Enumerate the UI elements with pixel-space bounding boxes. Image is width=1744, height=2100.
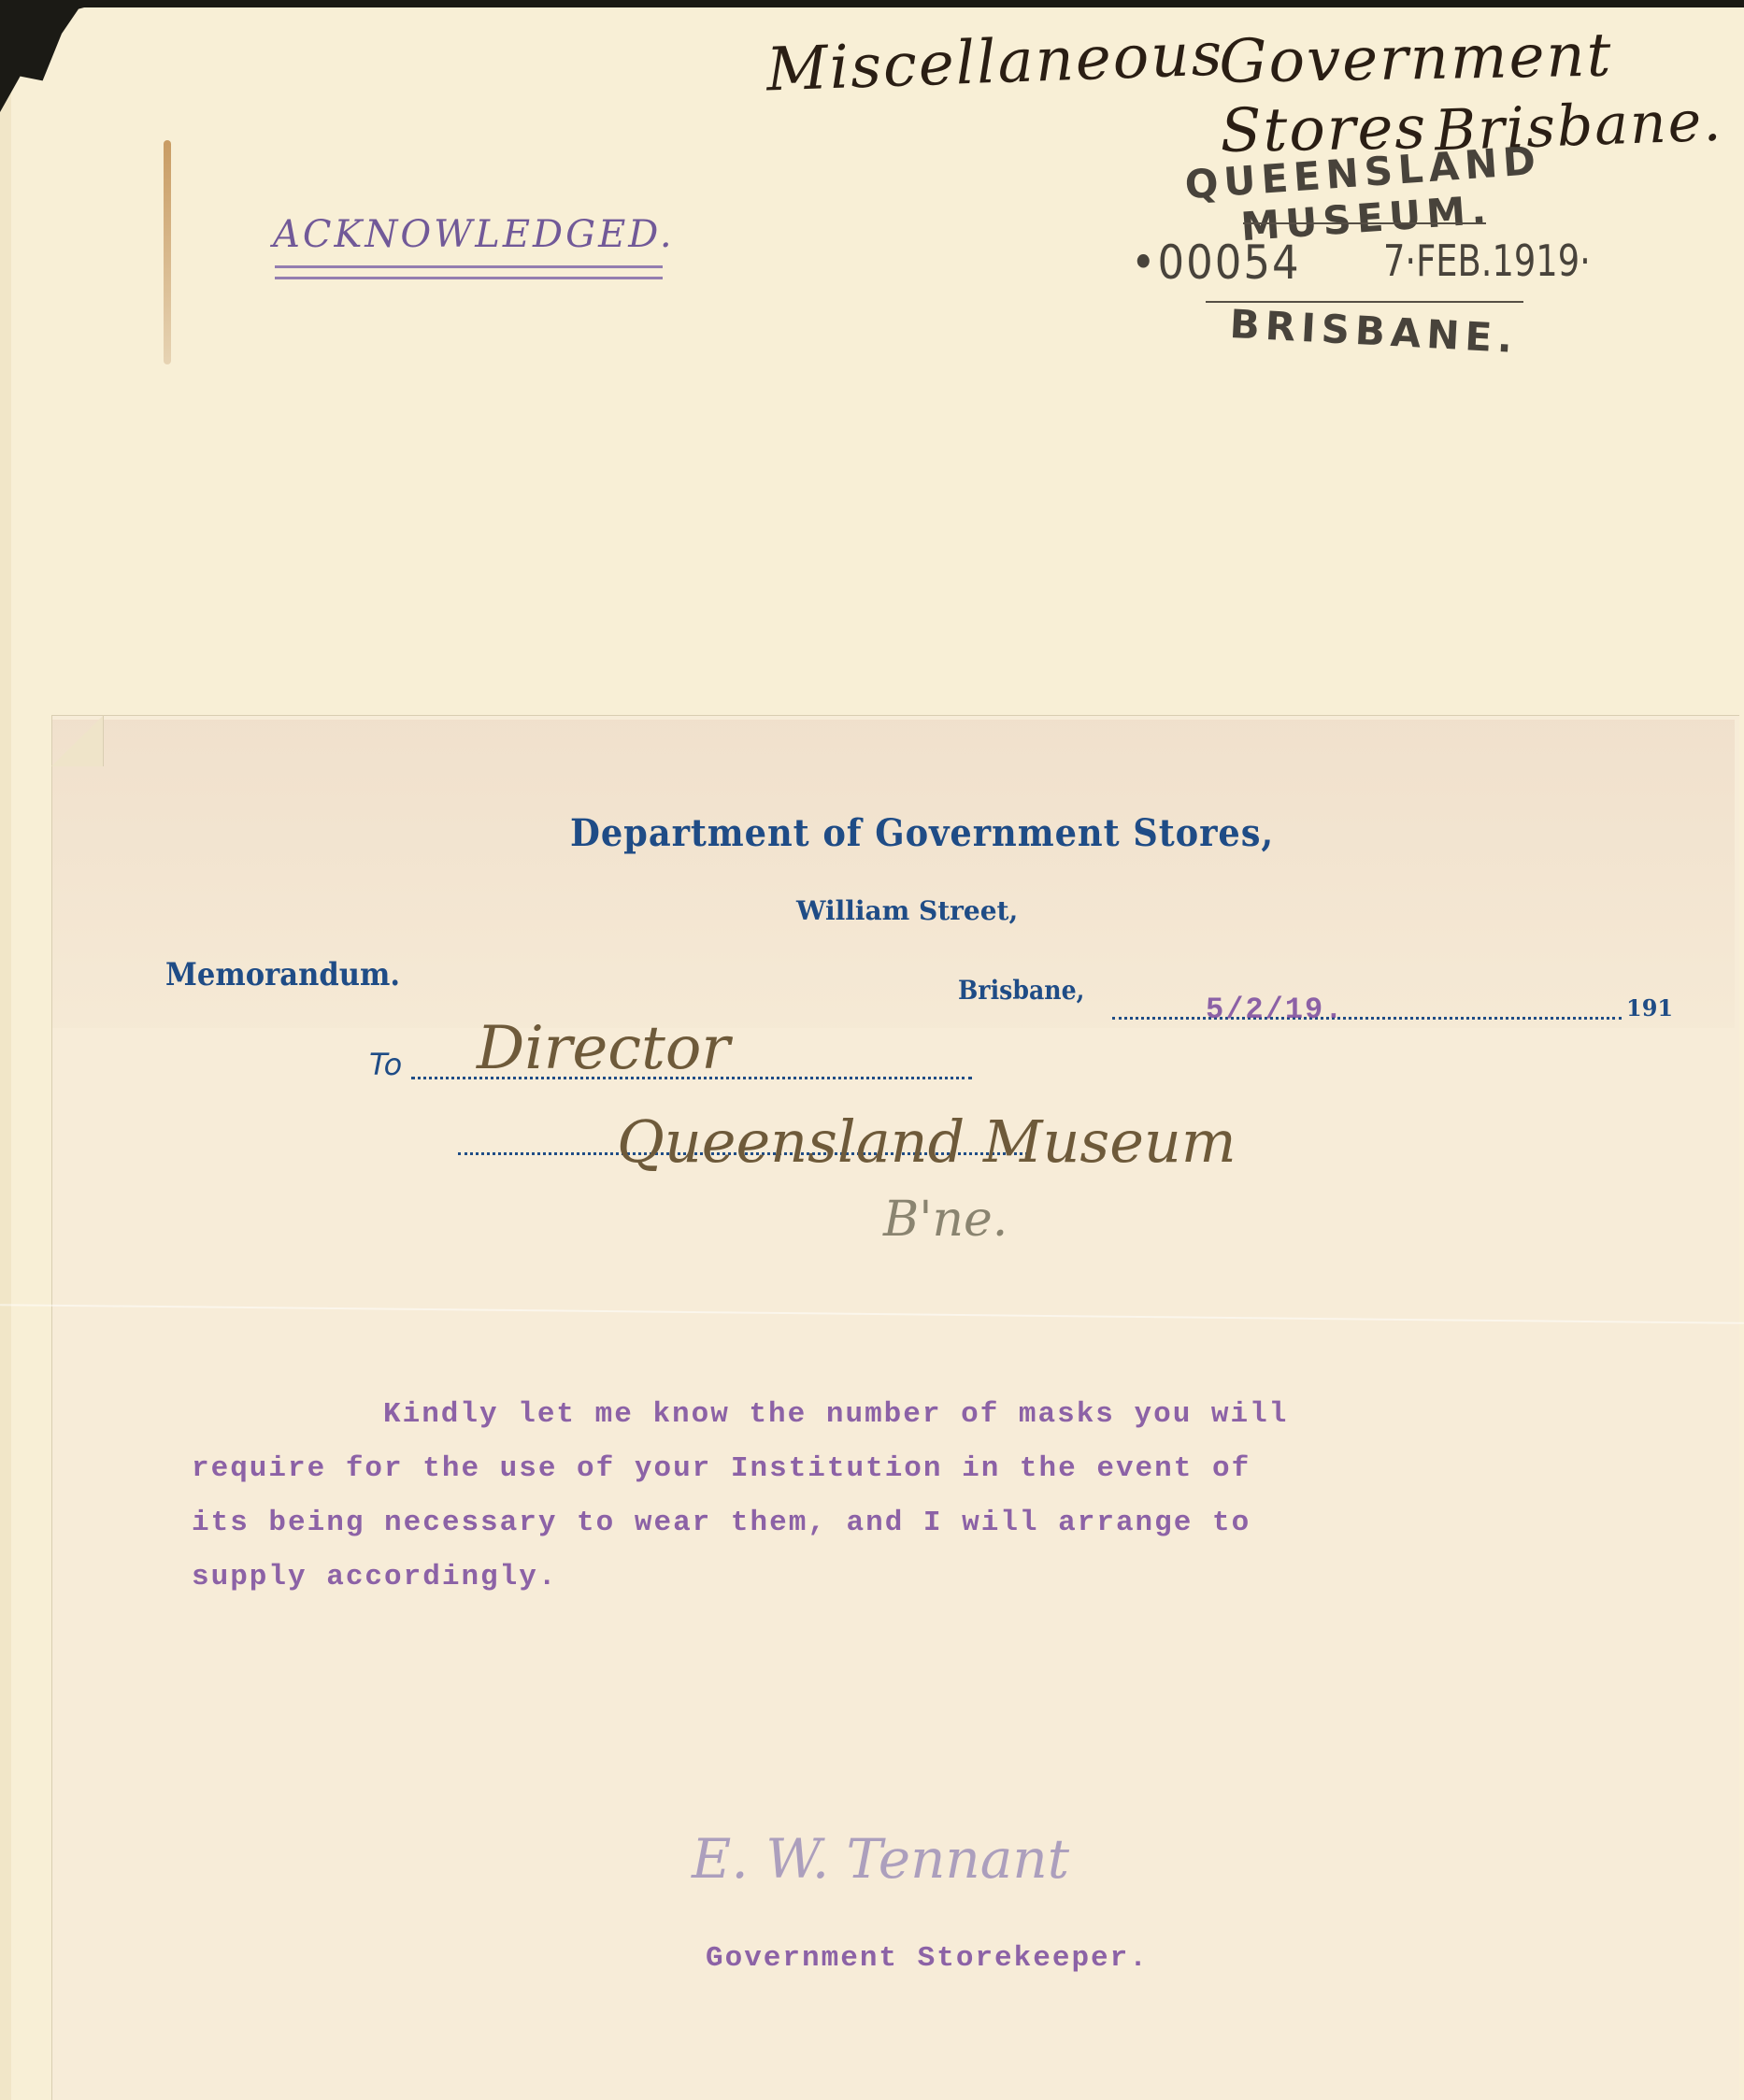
memorandum-label: Memorandum. bbox=[165, 956, 400, 993]
memo-body-line: require for the use of your Institution … bbox=[192, 1442, 1500, 1496]
signatory-title: Government Storekeeper. bbox=[706, 1942, 1149, 1975]
museum-stamp-date: 7·FEB.1919· bbox=[1383, 236, 1591, 286]
signature: E. W. Tennant bbox=[692, 1827, 1069, 1891]
acknowledged-underline bbox=[275, 277, 663, 279]
memo-body-line: supply accordingly. bbox=[192, 1550, 1500, 1605]
scan-border-top bbox=[0, 0, 1744, 7]
letterhead-city: Brisbane, bbox=[958, 975, 1084, 1006]
to-label: To bbox=[369, 1047, 402, 1082]
addressee-queensland-museum: Queensland Museum bbox=[617, 1107, 1237, 1176]
addressee-brisbane: B'ne. bbox=[883, 1192, 1008, 1248]
memo-date: 5/2/19. bbox=[1206, 993, 1344, 1027]
acknowledged-underline bbox=[275, 265, 663, 268]
date-line bbox=[1112, 1017, 1622, 1020]
museum-stamp-city: BRISBANE. bbox=[1205, 300, 1543, 364]
memo-body: Kindly let me know the number of masks y… bbox=[192, 1388, 1500, 1605]
pin-rust-stain bbox=[164, 140, 171, 364]
museum-stamp-register-number: •00054 bbox=[1131, 236, 1301, 290]
torn-corner bbox=[0, 0, 112, 112]
letterhead-department: Department of Government Stores, bbox=[570, 811, 1274, 855]
acknowledged-stamp: ACKNOWLEDGED. bbox=[273, 213, 675, 256]
letterhead-year-prefix: 191 bbox=[1626, 994, 1673, 1021]
memo-body-line: Kindly let me know the number of masks y… bbox=[192, 1388, 1500, 1442]
museum-receipt-stamp: QUEENSLAND MUSEUM. •00054 7·FEB.1919· BR… bbox=[1084, 150, 1645, 364]
memo-body-line: its being necessary to wear them, and I … bbox=[192, 1496, 1500, 1550]
stamp-flourish bbox=[1243, 222, 1486, 224]
letterhead-street: William Street, bbox=[796, 895, 1018, 926]
handwritten-heading-miscellaneous: Miscellaneous bbox=[765, 20, 1225, 105]
addressee-director: Director bbox=[477, 1014, 730, 1083]
scan-border-left bbox=[0, 0, 11, 2100]
